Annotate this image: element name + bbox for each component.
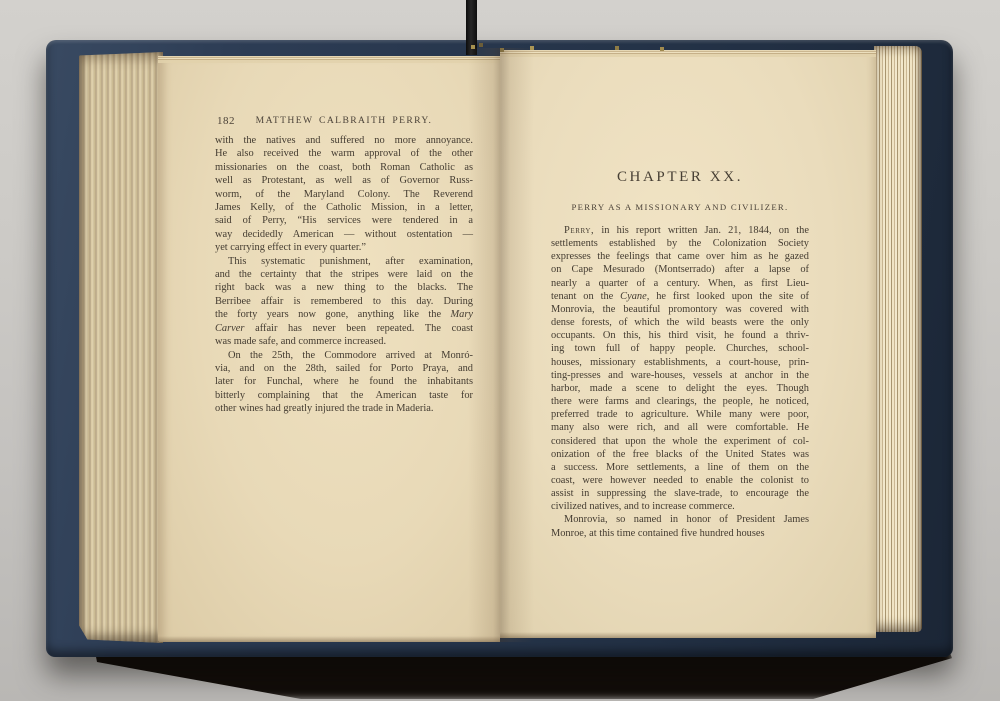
text-segment: considered that upon the whole the exper… xyxy=(551,436,809,447)
text-segment: Monrovia, so named in honor of President… xyxy=(564,514,809,525)
text-segment: onization of the free blacks of the Unit… xyxy=(551,449,809,460)
text-segment: dense forests, of which the wild beasts … xyxy=(551,317,809,328)
text-segment: occupants. On this, his third visit, he … xyxy=(551,330,809,341)
text-segment: Monroe, at this time contained five hund… xyxy=(551,528,765,539)
text-line: Monrovia, the beautiful promontory was c… xyxy=(551,303,809,316)
text-segment: On the 25th, the Commodore arrived at Mo… xyxy=(228,350,473,361)
text-segment: This systematic punishment, after examin… xyxy=(228,256,473,267)
text-segment: James Kelly, of the Catholic Mission, in… xyxy=(215,202,473,213)
gutter-shadow xyxy=(468,48,534,642)
text-segment: coast, were however needed to enable the… xyxy=(551,475,809,486)
text-line: occupants. On this, his third visit, he … xyxy=(551,329,809,342)
chapter-subtitle: PERRY AS A MISSIONARY AND CIVILIZER. xyxy=(551,202,809,212)
text-line: right back was a new thing to the blacks… xyxy=(215,281,473,294)
gilt-specks xyxy=(0,0,2,2)
italic-text: Carver xyxy=(215,323,244,334)
text-line: way decidedly American — without ostenta… xyxy=(215,228,473,241)
text-segment: on Cape Mesurado (Montserrado) after a l… xyxy=(551,264,809,275)
text-line: settlements established by the Colonizat… xyxy=(551,237,809,250)
chapter-title: CHAPTER XX. xyxy=(551,169,809,186)
text-line: there were farms and clearings, the peop… xyxy=(551,395,809,408)
text-segment: and the certainty that the stripes were … xyxy=(215,269,473,280)
text-segment: in his report written Jan. 21, 1844, on … xyxy=(594,225,809,236)
text-segment: yet carrying effect in every quarter.” xyxy=(215,242,366,253)
text-line: via, and on the 28th, sailed for Porto P… xyxy=(215,362,473,375)
text-line: assist in suppressing the slave-trade, t… xyxy=(551,487,809,500)
book-photograph: 182 MATTHEW CALBRAITH PERRY. with the na… xyxy=(0,0,1000,701)
text-line: yet carrying effect in every quarter.” xyxy=(215,241,473,254)
italic-text: Cyane, xyxy=(620,291,649,302)
text-segment: said of Perry, “His services were tender… xyxy=(215,215,473,226)
text-line: later for Funchal, where he found the in… xyxy=(215,375,473,388)
page-number: 182 xyxy=(217,115,235,127)
text-line: worm, of the Maryland Colony. The Revere… xyxy=(215,188,473,201)
text-line: said of Perry, “His services were tender… xyxy=(215,214,473,227)
text-line: other wines had greatly injured the trad… xyxy=(215,402,473,415)
text-segment: many also were rich, and all were comfor… xyxy=(551,422,809,433)
text-segment: worm, of the Maryland Colony. The Revere… xyxy=(215,189,473,200)
text-segment: bitterly complaining that the American t… xyxy=(215,390,473,401)
text-line: nearly a quarter of a century. When, as … xyxy=(551,277,809,290)
running-head: 182 MATTHEW CALBRAITH PERRY. xyxy=(215,115,473,130)
text-line: On the 25th, the Commodore arrived at Mo… xyxy=(215,349,473,362)
text-line: harbor, made a scene to delight the eyes… xyxy=(551,382,809,395)
spine-support-bar xyxy=(466,0,477,55)
text-segment: expresses the feelings that came over hi… xyxy=(551,251,809,262)
page-edges-right xyxy=(874,46,922,632)
left-page-body: with the natives and suffered no more an… xyxy=(215,134,473,416)
text-segment: settlements established by the Colonizat… xyxy=(551,238,809,249)
text-segment: via, and on the 28th, sailed for Porto P… xyxy=(215,363,473,374)
text-line: dense forests, of which the wild beasts … xyxy=(551,316,809,329)
text-line: the forty years now gone, anything like … xyxy=(215,308,473,321)
text-segment: a success. More settlements, a line of t… xyxy=(551,462,809,473)
text-segment: way decidedly American — without ostenta… xyxy=(215,229,473,240)
text-segment: He also received the warm approval of th… xyxy=(215,148,473,159)
text-line: Carver affair has never been repeated. T… xyxy=(215,322,473,335)
text-segment: assist in suppressing the slave-trade, t… xyxy=(551,488,809,499)
text-segment: missionaries on the coast, both Roman Ca… xyxy=(215,162,473,173)
page-edges-left xyxy=(79,52,163,643)
text-segment: nearly a quarter of a century. When, as … xyxy=(551,278,809,289)
text-line: Perry, in his report written Jan. 21, 18… xyxy=(551,224,809,237)
text-line: Berribee affair is remembered to this da… xyxy=(215,295,473,308)
text-segment: later for Funchal, where he found the in… xyxy=(215,376,473,387)
text-segment: harbor, made a scene to delight the eyes… xyxy=(551,383,809,394)
text-segment: was made safe, and commerce increased. xyxy=(215,336,386,347)
text-segment: he first looked upon the site of xyxy=(649,291,809,302)
text-segment: houses, missionary establishments, a cou… xyxy=(551,357,809,368)
italic-text: Mary xyxy=(450,309,473,320)
text-line: bitterly complaining that the American t… xyxy=(215,389,473,402)
text-segment: preferred trade to agriculture. While ma… xyxy=(551,409,809,420)
text-line: onization of the free blacks of the Unit… xyxy=(551,448,809,461)
text-segment: Monrovia, the beautiful promontory was c… xyxy=(551,304,809,315)
text-line: ting-presses and ware-houses, vessels at… xyxy=(551,369,809,382)
running-title: MATTHEW CALBRAITH PERRY. xyxy=(215,115,473,126)
text-line: Monrovia, so named in honor of President… xyxy=(551,513,809,526)
text-segment: ting-presses and ware-houses, vessels at… xyxy=(551,370,809,381)
text-line: James Kelly, of the Catholic Mission, in… xyxy=(215,201,473,214)
text-line: This systematic punishment, after examin… xyxy=(215,255,473,268)
right-page-body: Perry, in his report written Jan. 21, 18… xyxy=(551,224,809,540)
text-line: many also were rich, and all were comfor… xyxy=(551,421,809,434)
text-line: coast, were however needed to enable the… xyxy=(551,474,809,487)
text-line: on Cape Mesurado (Montserrado) after a l… xyxy=(551,263,809,276)
text-line: a success. More settlements, a line of t… xyxy=(551,461,809,474)
text-segment: other wines had greatly injured the trad… xyxy=(215,403,433,414)
text-line: Monroe, at this time contained five hund… xyxy=(551,527,809,540)
text-segment: Berribee affair is remembered to this da… xyxy=(215,296,473,307)
text-segment: with the natives and suffered no more an… xyxy=(215,135,473,146)
text-line: He also received the warm approval of th… xyxy=(215,147,473,160)
text-line: missionaries on the coast, both Roman Ca… xyxy=(215,161,473,174)
text-segment: affair has never been repeated. The coas… xyxy=(244,323,473,334)
text-line: and the certainty that the stripes were … xyxy=(215,268,473,281)
text-line: preferred trade to agriculture. While ma… xyxy=(551,408,809,421)
text-segment: right back was a new thing to the blacks… xyxy=(215,282,473,293)
text-line: with the natives and suffered no more an… xyxy=(215,134,473,147)
text-segment: well as Protestant, as well as of Govern… xyxy=(215,175,473,186)
text-line: ing town full of happy people. Churches,… xyxy=(551,342,809,355)
text-segment: there were farms and clearings, the peop… xyxy=(551,396,809,407)
text-line: considered that upon the whole the exper… xyxy=(551,435,809,448)
text-segment: the forty years now gone, anything like … xyxy=(215,309,450,320)
text-line: well as Protestant, as well as of Govern… xyxy=(215,174,473,187)
text-segment: civilized natives, and to increase comme… xyxy=(551,501,735,512)
smallcaps-text: Perry, xyxy=(564,225,594,236)
text-segment: tenant on the xyxy=(551,291,620,302)
text-line: houses, missionary establishments, a cou… xyxy=(551,356,809,369)
text-segment: ing town full of happy people. Churches,… xyxy=(551,343,809,354)
text-line: was made safe, and commerce increased. xyxy=(215,335,473,348)
text-line: expresses the feelings that came over hi… xyxy=(551,250,809,263)
text-line: civilized natives, and to increase comme… xyxy=(551,500,809,513)
text-line: tenant on the Cyane, he first looked upo… xyxy=(551,290,809,303)
